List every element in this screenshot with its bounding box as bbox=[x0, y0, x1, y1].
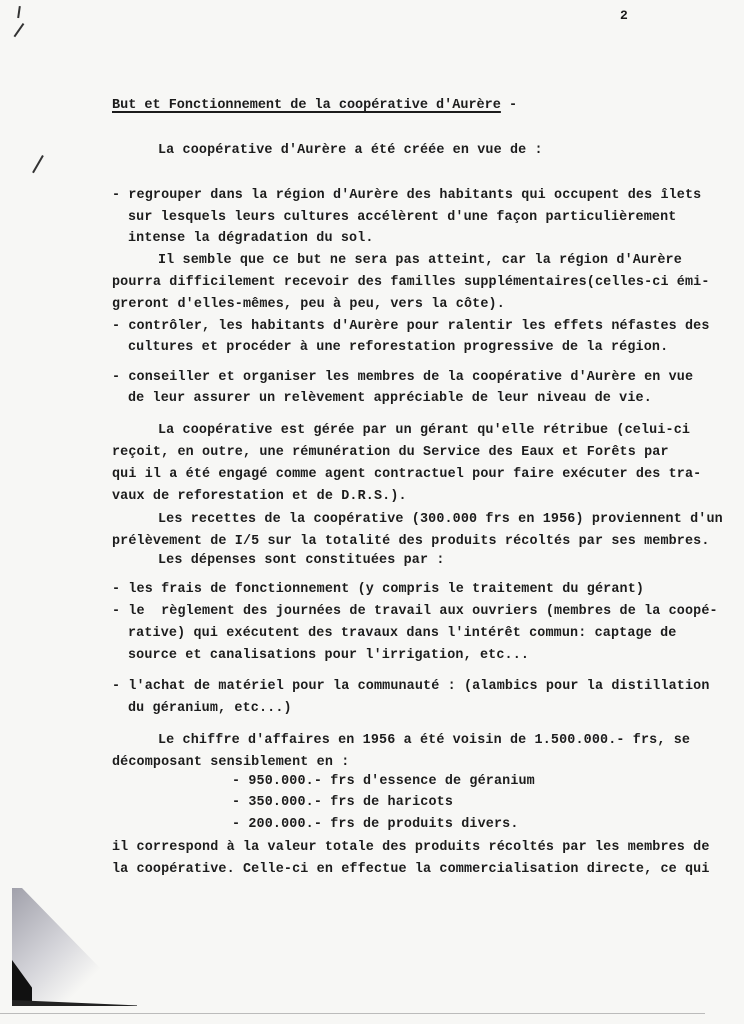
text-line: du géranium, etc...) bbox=[128, 701, 292, 716]
page-edge bbox=[0, 1013, 705, 1014]
text-line: - les frais de fonctionnement (y compris… bbox=[112, 582, 644, 597]
text-line: Le chiffre d'affaires en 1956 a été vois… bbox=[158, 733, 690, 748]
text-line: Les dépenses sont constituées par : bbox=[158, 553, 445, 568]
margin-mark bbox=[14, 23, 24, 37]
page-number: 2 bbox=[620, 8, 628, 23]
text-line: il correspond à la valeur totale des pro… bbox=[112, 840, 710, 855]
title-suffix: - bbox=[501, 98, 517, 113]
text-line: source et canalisations pour l'irrigatio… bbox=[128, 648, 529, 663]
margin-mark bbox=[17, 6, 20, 18]
text-line: La coopérative d'Aurère a été créée en v… bbox=[158, 143, 543, 158]
text-line: reçoit, en outre, une rémunération du Se… bbox=[112, 445, 669, 460]
text-line: - 200.000.- frs de produits divers. bbox=[232, 817, 519, 832]
text-line: qui il a été engagé comme agent contract… bbox=[112, 467, 701, 482]
text-line: - l'achat de matériel pour la communauté… bbox=[112, 679, 710, 694]
text-line: rative) qui exécutent des travaux dans l… bbox=[128, 626, 676, 641]
text-line: pourra difficilement recevoir des famill… bbox=[112, 275, 710, 290]
text-line: La coopérative est gérée par un gérant q… bbox=[158, 423, 690, 438]
text-line: décomposant sensiblement en : bbox=[112, 755, 349, 770]
text-line: vaux de reforestation et de D.R.S.). bbox=[112, 489, 407, 504]
text-line: Les recettes de la coopérative (300.000 … bbox=[158, 512, 723, 527]
text-line: - conseiller et organiser les membres de… bbox=[112, 370, 693, 385]
text-line: la coopérative. Celle-ci en effectue la … bbox=[112, 862, 710, 877]
text-line: - le règlement des journées de travail a… bbox=[112, 604, 718, 619]
text-line: - contrôler, les habitants d'Aurère pour… bbox=[112, 319, 710, 334]
text-line: - 950.000.- frs d'essence de géranium bbox=[232, 774, 535, 789]
text-line: Il semble que ce but ne sera pas atteint… bbox=[158, 253, 682, 268]
text-line: - regrouper dans la région d'Aurère des … bbox=[112, 188, 701, 203]
text-line: prélèvement de I/5 sur la totalité des p… bbox=[112, 534, 710, 549]
title-text: But et Fonctionnement de la coopérative … bbox=[112, 98, 501, 113]
text-line: - 350.000.- frs de haricots bbox=[232, 795, 453, 810]
margin-mark bbox=[32, 155, 43, 173]
document-title: But et Fonctionnement de la coopérative … bbox=[112, 98, 517, 113]
text-line: de leur assurer un relèvement appréciabl… bbox=[128, 391, 652, 406]
text-line: intense la dégradation du sol. bbox=[128, 231, 374, 246]
text-line: cultures et procéder à une reforestation… bbox=[128, 340, 668, 355]
text-line: sur lesquels leurs cultures accélèrent d… bbox=[128, 210, 676, 225]
text-line: greront d'elles-mêmes, peu à peu, vers l… bbox=[112, 297, 505, 312]
